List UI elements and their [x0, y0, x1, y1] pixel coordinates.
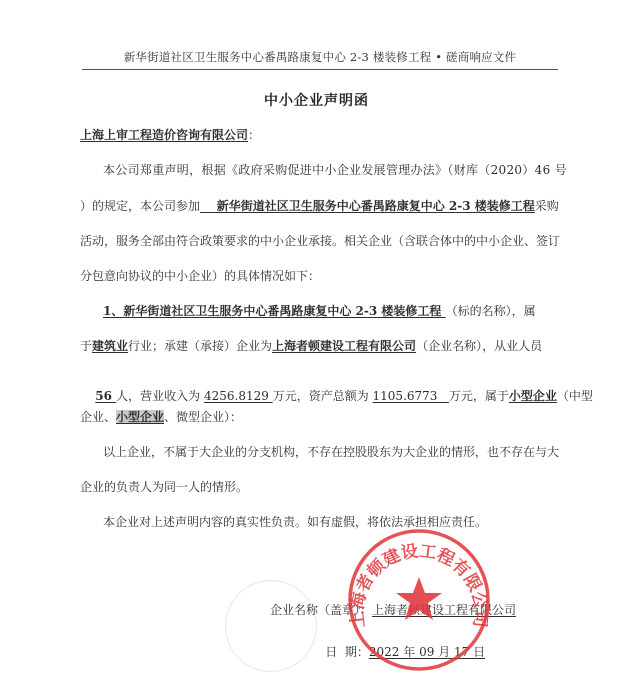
date-line: 日 期：2022 年 09 月 17 日 — [310, 629, 485, 674]
type-options-prefix: （中型 — [557, 389, 593, 403]
revenue-value: 4256.8129 — [204, 389, 273, 403]
paragraph1-line2-suffix: 采购 — [535, 199, 559, 213]
addressee-name: 上海上审工程造价咨询有限公司 — [80, 128, 248, 142]
addressee: 上海上审工程造价咨询有限公司： — [80, 126, 260, 143]
paragraph2-line2: 企业的负责人为同一人的情形。 — [80, 478, 248, 495]
document-title: 中小企业声明函 — [0, 90, 633, 110]
item1-line2-mid: 行业；承建（承接）企业为 — [128, 339, 272, 353]
addressee-suffix: ： — [248, 128, 260, 142]
enterprise-type: 小型企业 — [509, 389, 557, 403]
item1-subject-name: 1、新华街道社区卫生服务中心番禺路康复中心 2-3 楼装修工程 — [103, 304, 446, 318]
employees-count: 56 — [95, 389, 116, 403]
signature-company: 上海者顿建设工程有限公司 — [372, 603, 516, 617]
contractor-company: 上海者顿建设工程有限公司 — [272, 339, 416, 353]
item1-line4: 企业、小型企业、微型企业）： — [80, 408, 242, 425]
assets-unit: 万元，属于 — [449, 389, 509, 403]
signature-label: 企业名称（盖章）： — [270, 603, 372, 617]
paragraph3: 本企业对上述声明内容的真实性负责。如有虚假，将依法承担相应责任。 — [103, 513, 487, 530]
paragraph1-line3: 活动，服务全部由符合政策要求的中小企业承接。相关企业（含联合体中的中小企业、签订 — [80, 232, 560, 249]
header-divider — [82, 69, 558, 70]
document-page: 新华街道社区卫生服务中心番禺路康复中心 2-3 楼装修工程 • 磋商响应文件 中… — [0, 0, 633, 681]
assets-value: 1105.6773 — [373, 389, 449, 403]
item1-name-note: （标的名称），属 — [446, 304, 536, 318]
date-label: 日 期： — [325, 645, 369, 659]
item1-line2: 于建筑业行业；承建（承接）企业为上海者顿建设工程有限公司（企业名称），从业人员 — [80, 337, 542, 354]
date-day-unit: 日 — [469, 645, 485, 659]
revenue-unit: 万元，资产总额为 — [273, 389, 373, 403]
type-options-a: 企业、 — [80, 410, 116, 424]
paragraph1-line4: 分包意向协议的中小企业）的具体情况如下： — [80, 267, 320, 284]
date-year: 2022 — [369, 645, 400, 659]
faint-stamp-impression — [225, 580, 317, 672]
item1-line2-prefix: 于 — [80, 339, 92, 353]
document-header: 新华街道社区卫生服务中心番禺路康复中心 2-3 楼装修工程 • 磋商响应文件 — [85, 49, 555, 65]
item1-line1: 1、新华街道社区卫生服务中心番禺路康复中心 2-3 楼装修工程 （标的名称），属 — [103, 302, 536, 319]
paragraph1-line1: 本公司郑重声明，根据《政府采购促进中小企业发展管理办法》（财库（2020）46 … — [103, 161, 567, 178]
industry: 建筑业 — [92, 339, 128, 353]
highlighted-type-option: 小型企业 — [116, 410, 164, 424]
project-name: 新华街道社区卫生服务中心番禺路康复中心 2-3 楼装修工程 — [200, 199, 535, 213]
type-options-b: 、微型企业）： — [164, 410, 242, 424]
date-month: 09 — [419, 645, 434, 659]
date-month-unit: 月 — [434, 645, 454, 659]
date-year-unit: 年 — [399, 645, 419, 659]
paragraph1-line2-prefix: ）的规定，本公司参加 — [80, 199, 200, 213]
signature-line: 企业名称（盖章）：上海者顿建设工程有限公司 — [270, 601, 516, 618]
paragraph1-line2: ）的规定，本公司参加 新华街道社区卫生服务中心番禺路康复中心 2-3 楼装修工程… — [80, 197, 559, 214]
date-day: 17 — [454, 645, 469, 659]
item1-line2-suffix: （企业名称），从业人员 — [416, 339, 542, 353]
employees-unit: 人，营业收入为 — [116, 389, 204, 403]
paragraph2-line1: 以上企业，不属于大企业的分支机构，不存在控股股东为大企业的情形，也不存在与大 — [103, 443, 559, 460]
